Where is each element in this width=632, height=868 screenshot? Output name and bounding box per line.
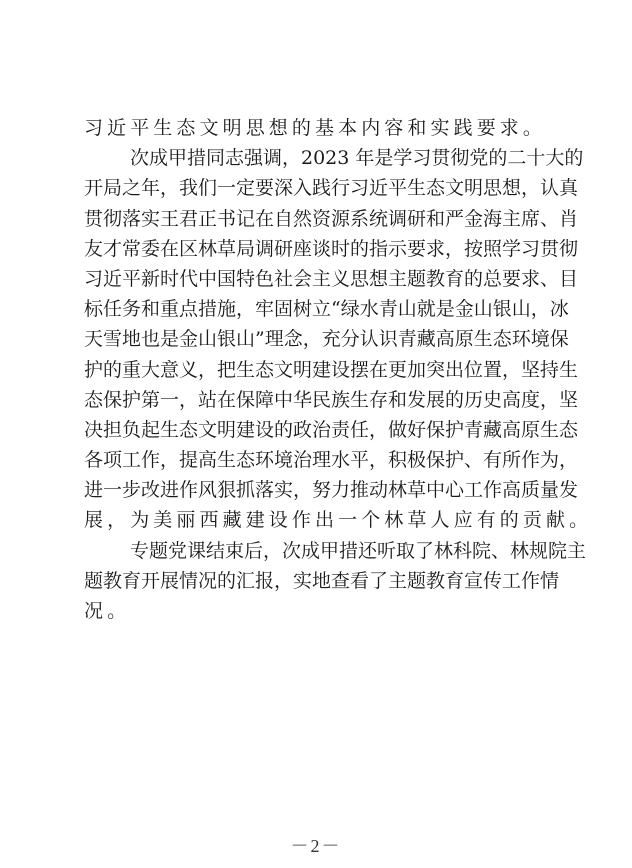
text-line: 贯彻落实王君正书记在自然资源系统调研和严金海主席、肖 xyxy=(84,204,548,234)
text-line: 习近平生态文明思想的基本内容和实践要求。 xyxy=(84,113,548,143)
text-line: 进一步改进作风狠抓落实，努力推动林草中心工作高质量发 xyxy=(84,475,548,505)
text-line: 开局之年，我们一定要深入践行习近平生态文明思想，认真 xyxy=(84,173,548,203)
text-line: 况。 xyxy=(84,596,548,626)
text-line: 次成甲措同志强调，2023 年是学习贯彻党的二十大的 xyxy=(84,143,548,173)
text-line: 标任务和重点措施，牢固树立“绿水青山就是金山银山，冰 xyxy=(84,294,548,324)
document-page: 习近平生态文明思想的基本内容和实践要求。 次成甲措同志强调，2023 年是学习贯… xyxy=(0,0,632,868)
text-line: 展，为美丽西藏建设作出一个林草人应有的贡献。 xyxy=(84,505,548,535)
body-text: 习近平生态文明思想的基本内容和实践要求。 次成甲措同志强调，2023 年是学习贯… xyxy=(84,113,548,626)
text-line: 各项工作，提高生态环境治理水平，积极保护、有所作为， xyxy=(84,445,548,475)
page-number: －2－ xyxy=(0,832,632,858)
text-line: 决担负起生态文明建设的政治责任，做好保护青藏高原生态 xyxy=(84,415,548,445)
text-line: 护的重大意义，把生态文明建设摆在更加突出位置，坚持生 xyxy=(84,355,548,385)
text-line: 专题党课结束后，次成甲措还听取了林科院、林规院主 xyxy=(84,536,548,566)
text-line: 题教育开展情况的汇报，实地查看了主题教育宣传工作情 xyxy=(84,566,548,596)
text-line: 习近平新时代中国特色社会主义思想主题教育的总要求、目 xyxy=(84,264,548,294)
text-line: 友才常委在区林草局调研座谈时的指示要求，按照学习贯彻 xyxy=(84,234,548,264)
text-line: 天雪地也是金山银山”理念，充分认识青藏高原生态环境保 xyxy=(84,324,548,354)
text-line: 态保护第一，站在保障中华民族生存和发展的历史高度，坚 xyxy=(84,385,548,415)
